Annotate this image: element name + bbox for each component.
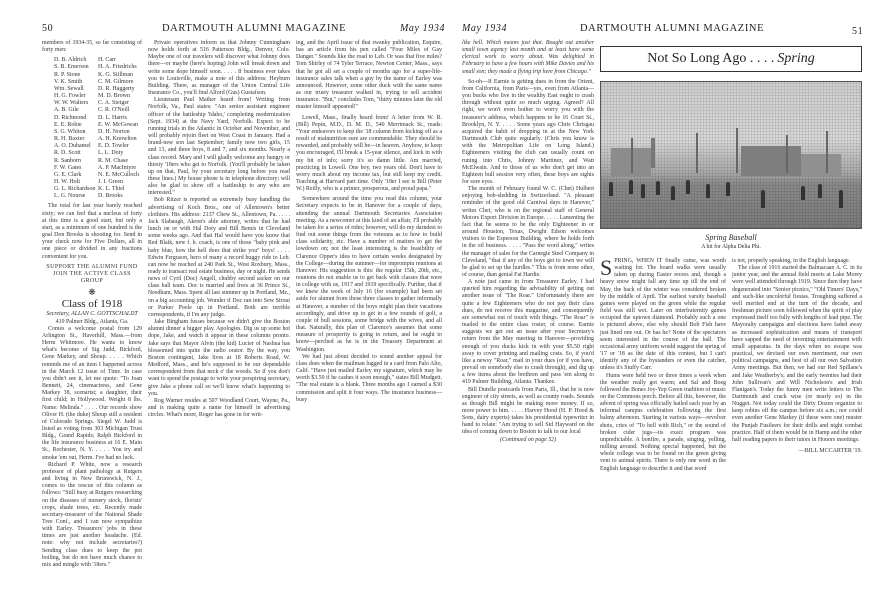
caption-title: Spring Baseball xyxy=(600,233,862,242)
paragraph: Somewhere around the time you read this … xyxy=(296,196,442,353)
member-name: H. W. Holt xyxy=(54,179,98,186)
member-name: G. E. Clark xyxy=(54,172,98,179)
issue-date: May 1934 xyxy=(462,23,507,34)
member-list: D. B. Aldrich S. B. Emerson R. P. Stone … xyxy=(54,57,142,200)
author-signature: —BILL MCCARTER '19. xyxy=(732,448,862,455)
tree-shape xyxy=(736,128,738,173)
spectator-figure xyxy=(686,180,690,194)
slogan-line: SUPPORT THE ALUMNI FUND xyxy=(42,264,142,271)
paragraph: A note just came in from Treasurer Earle… xyxy=(462,279,594,386)
member-name: D. Richmond xyxy=(54,115,98,122)
paragraph: The month of February found W. C. (Chet)… xyxy=(462,186,594,279)
spectator-figure xyxy=(609,182,613,196)
paragraph: ing, and the April issue of that swanky … xyxy=(296,40,442,112)
tree-shape xyxy=(826,131,828,173)
building-shape xyxy=(741,146,801,176)
paragraph: Bill Dutelle postcards from Paris, Ill.,… xyxy=(462,387,594,437)
banner-italic: Spring xyxy=(777,51,814,67)
spectator-figure xyxy=(641,184,645,198)
column-2: Private operatives inform us that Johnny… xyxy=(148,40,290,419)
column-1: like hell. Which means just that. Bought… xyxy=(462,40,594,444)
paragraph: Bob Ritzer is reported as extremely busy… xyxy=(148,197,290,319)
member-name: R. P. Stone xyxy=(54,72,98,79)
spectator-figure xyxy=(818,184,822,198)
member-name: V. K. Smith xyxy=(54,79,98,86)
paragraph: The total for last year barely reached s… xyxy=(42,203,142,260)
member-name: C. R. O'Neill xyxy=(98,107,142,114)
member-name: N. E. McCulloch xyxy=(98,172,142,179)
tree-shape xyxy=(696,133,698,173)
member-name: A. O. Duhamel xyxy=(54,143,98,150)
member-name: E. D. Towler xyxy=(98,143,142,150)
page-number: 51 xyxy=(852,26,863,37)
member-name: E. W. McGowan xyxy=(98,122,142,129)
paragraph: Hums were held two or three times a week… xyxy=(600,373,726,473)
member-name: W. W. Walters xyxy=(54,100,98,107)
member-name: G. L. Richardson xyxy=(54,186,98,193)
paragraph: Richard P. White, now a research profess… xyxy=(42,462,142,569)
member-name: K. L. Thiel xyxy=(98,186,142,193)
address-line: 419 Palmer Bldg., Atlanta, Ga. xyxy=(42,319,142,326)
tree-shape xyxy=(631,138,633,173)
member-name: L. L. Doty xyxy=(98,150,142,157)
spectator-figure xyxy=(629,180,633,194)
feature-banner: Not So Long Ago . . . . Spring xyxy=(600,46,862,72)
member-name: D. L. Harris xyxy=(98,115,142,122)
member-name: J. I. Green xyxy=(98,179,142,186)
member-name: H. Carr xyxy=(98,57,142,64)
names-right: H. Carr H. A. Friedrichs K. G. Stillman … xyxy=(98,57,142,200)
member-name: H. A. Friedrichs xyxy=(98,64,142,71)
member-name: H. G. Fowler xyxy=(54,93,98,100)
member-name: R. D. Scott xyxy=(54,150,98,157)
member-name: R. M. Chase xyxy=(98,158,142,165)
member-name: C. M. Gilmore xyxy=(98,79,142,86)
running-head: DARTMOUTH ALUMNI MAGAZINE xyxy=(162,23,346,34)
section-title: Class of 1918 xyxy=(42,301,142,308)
right-page: May 1934 DARTMOUTH ALUMNI MAGAZINE 51 li… xyxy=(448,0,896,600)
paragraph-text: PRING, WHEN IT finally came, was worth w… xyxy=(600,258,726,371)
banner-title: Not So Long Ago . . . . xyxy=(647,51,774,67)
member-name: S. B. Emerson xyxy=(54,64,98,71)
member-name: D. H. Norton xyxy=(98,129,142,136)
paragraph: Private operatives inform us that Johnny… xyxy=(148,40,290,97)
spectator-figure xyxy=(706,184,710,198)
member-name: R. Sanborn xyxy=(54,158,98,165)
running-head: DARTMOUTH ALUMNI MAGAZINE xyxy=(580,23,764,34)
spring-baseball-photo xyxy=(600,81,862,229)
member-name: A. H. Knowlton xyxy=(98,136,142,143)
column-3: ing, and the April issue of that swanky … xyxy=(296,40,442,404)
names-left: D. B. Aldrich S. B. Emerson R. P. Stone … xyxy=(54,57,98,200)
member-name: S. G. Whiton xyxy=(54,129,98,136)
paragraph: SPRING, WHEN IT finally came, was worth … xyxy=(600,258,726,373)
paragraph: Jake Bingham fusses because we didn't gi… xyxy=(148,319,290,398)
paragraph: Rog Warner resides at 507 Woodland Court… xyxy=(148,398,290,419)
member-name: F. W. Gates xyxy=(54,165,98,172)
member-name: R. H. Baxter xyxy=(54,136,98,143)
spectator-figure xyxy=(726,182,730,196)
ornament-icon: ❋ xyxy=(42,289,142,296)
member-name: C. A. Steiger xyxy=(98,100,142,107)
paragraph: Lowell, Mass., finally heard from! A let… xyxy=(296,115,442,194)
feature-column-b: is not, properly speaking, in the Englis… xyxy=(732,258,862,455)
member-name: E. E. Robie xyxy=(54,122,98,129)
chimney-shape xyxy=(651,138,655,168)
secretary-line: Secretary, ALLAN C. GOTTSCHALDT xyxy=(42,311,142,318)
page-number: 50 xyxy=(42,23,53,34)
spectator-figure xyxy=(671,186,675,200)
paragraph: So-oh—If Earnie is getting dues in from … xyxy=(462,79,594,186)
member-name: L. G. Nourse xyxy=(54,193,98,200)
drop-cap: S xyxy=(600,259,612,277)
photo-caption: Spring Baseball A hit for Alpha Delta Ph… xyxy=(600,233,862,250)
spectator-figure xyxy=(656,181,660,195)
paragraph: Comes a welcome postal from 129 Arlingto… xyxy=(42,326,142,462)
member-name: Wm. Sewall xyxy=(54,86,98,93)
member-name: K. G. Stillman xyxy=(98,72,142,79)
feature-column-a: SPRING, WHEN IT finally came, was worth … xyxy=(600,258,726,473)
tree-shape xyxy=(786,135,788,173)
member-name: A. B. Gile xyxy=(54,107,98,114)
spectator-figure xyxy=(801,186,805,200)
member-name: D. R. Haggerty xyxy=(98,86,142,93)
left-page: 50 DARTMOUTH ALUMNI MAGAZINE May 1934 me… xyxy=(0,0,448,600)
batter-figure xyxy=(761,190,765,208)
member-name: D. Brooks xyxy=(98,193,142,200)
intro-text: members of 1934-35, so far consisting of… xyxy=(42,40,142,54)
paragraph: We had just about decided to sound anoth… xyxy=(296,354,442,404)
paragraph: like hell. Which means just that. Bought… xyxy=(462,40,594,76)
catcher-figure xyxy=(839,190,843,208)
member-name: M. D. Brown xyxy=(98,93,142,100)
member-name: A. P. MacIntyre xyxy=(98,165,142,172)
column-1: members of 1934-35, so far consisting of… xyxy=(42,40,142,569)
building-shape xyxy=(801,154,841,176)
issue-date: May 1934 xyxy=(400,23,445,34)
continued-note: (Continued on page 52) xyxy=(462,437,594,444)
member-name: D. B. Aldrich xyxy=(54,57,98,64)
paragraph: The class of 1916 started the Balmacaan … xyxy=(732,265,862,444)
caption-subtitle: A hit for Alpha Delta Phi. xyxy=(600,244,862,250)
slogan-line: JOIN THE ACTIVE CLASS GROUP xyxy=(42,271,142,285)
paragraph: Lieutenant Paul Mather heard from! Writi… xyxy=(148,97,290,197)
